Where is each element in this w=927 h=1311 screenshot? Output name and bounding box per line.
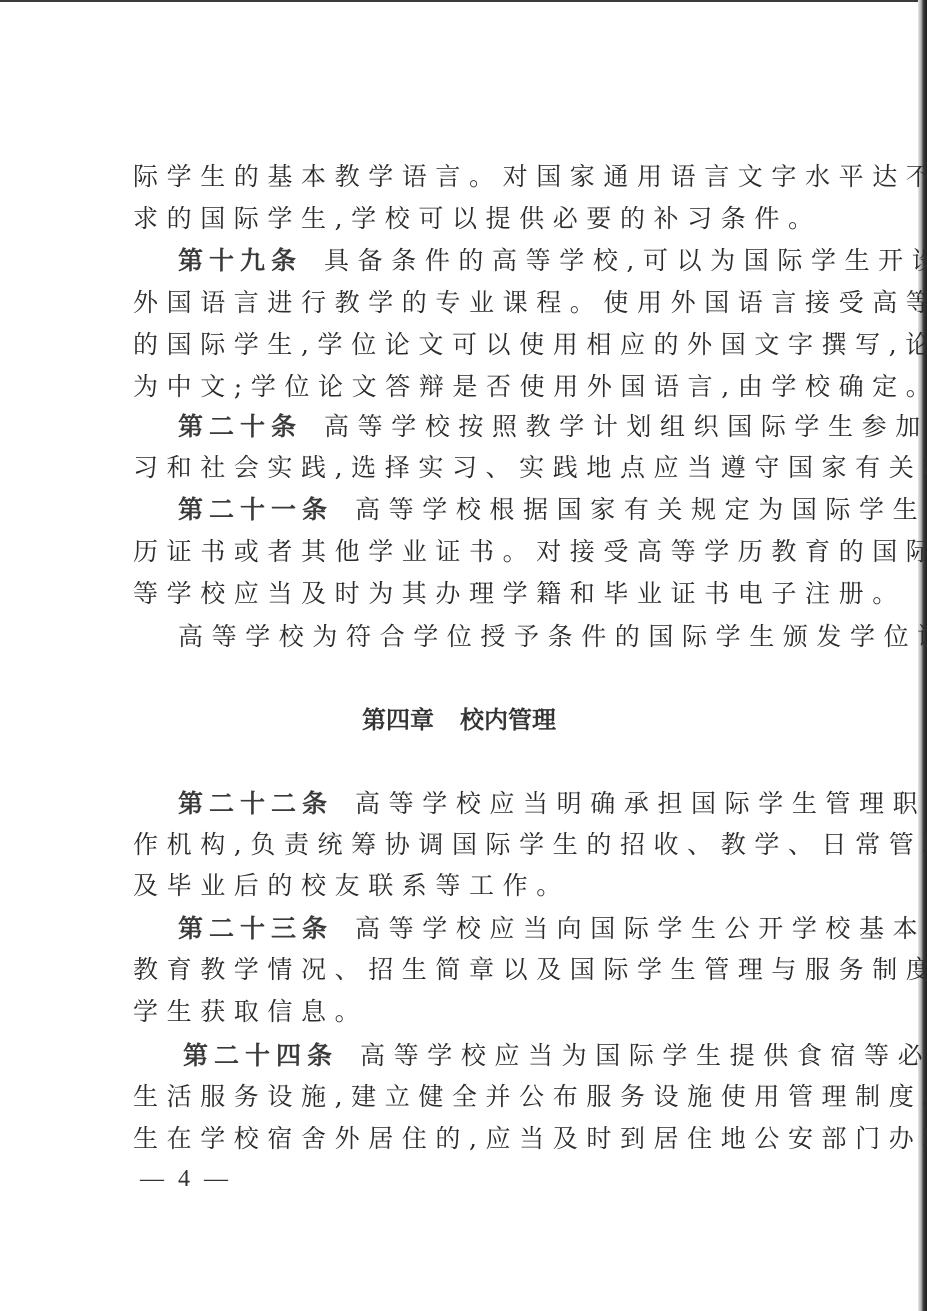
text-line: 高等学校为符合学位授予条件的国际学生颁发学位证书。 [178,620,823,654]
article-text: 高等学校根据国家有关规定为国际学生颁发学 [355,495,927,524]
text-line: 的国际学生,学位论文可以使用相应的外国文字撰写,论文摘要应 [133,328,823,362]
article-text: 高等学校应当为国际学生提供食宿等必要的 [360,1041,927,1070]
article-23: 第二十三条高等学校应当向国际学生公开学校基本情况、 [178,912,823,946]
chapter-title: 校内管理 [460,706,556,734]
article-number: 第二十条 [178,412,302,441]
article-22: 第二十二条高等学校应当明确承担国际学生管理职能的工 [178,787,823,821]
text-line: 教育教学情况、招生简章以及国际学生管理与服务制度,方便国际 [133,953,823,987]
text-line: 际学生的基本教学语言。对国家通用语言文字水平达不到学习要 [133,160,823,194]
article-number: 第二十一条 [178,495,333,524]
article-text: 高等学校应当明确承担国际学生管理职能的工 [355,789,927,818]
text-line: 学生获取信息。 [133,995,823,1029]
chapter-heading: 第四章校内管理 [0,703,918,737]
text-line: 为中文;学位论文答辩是否使用外国语言,由学校确定。 [133,370,823,404]
scan-right-edge [918,0,927,1311]
article-text: 高等学校应当向国际学生公开学校基本情况、 [355,914,927,943]
article-number: 第二十二条 [178,789,333,818]
article-24: 第二十四条高等学校应当为国际学生提供食宿等必要的 [183,1039,828,1073]
text-line: 及毕业后的校友联系等工作。 [133,869,823,903]
article-text: 具备条件的高等学校,可以为国际学生开设使用 [324,246,927,275]
article-number: 第二十三条 [178,914,333,943]
text-line: 等学校应当及时为其办理学籍和毕业证书电子注册。 [133,577,823,611]
text-line: 作机构,负责统筹协调国际学生的招收、教学、日常管理和服务以 [133,828,823,862]
chapter-number: 第四章 [362,706,434,734]
text-line: 生活服务设施,建立健全并公布服务设施使用管理制度。国际学 [133,1080,823,1114]
article-number: 第十九条 [178,246,302,275]
text-line: 求的国际学生,学校可以提供必要的补习条件。 [133,202,823,236]
document-page: 际学生的基本教学语言。对国家通用语言文字水平达不到学习要 求的国际学生,学校可以… [0,0,918,1311]
article-number: 第二十四条 [183,1041,338,1070]
page-number: — 4 — [140,1164,232,1194]
text-line: 习和社会实践,选择实习、实践地点应当遵守国家有关规定。 [133,451,823,485]
text-line: 历证书或者其他学业证书。对接受高等学历教育的国际学生,高 [133,535,823,569]
article-text: 高等学校按照教学计划组织国际学生参加教学实 [324,412,927,441]
article-20: 第二十条高等学校按照教学计划组织国际学生参加教学实 [178,410,823,444]
text-line: 外国语言进行教学的专业课程。使用外国语言接受高等学历教育 [133,286,823,320]
article-21: 第二十一条高等学校根据国家有关规定为国际学生颁发学 [178,493,823,527]
article-19: 第十九条具备条件的高等学校,可以为国际学生开设使用 [178,244,823,278]
text-line: 生在学校宿舍外居住的,应当及时到居住地公安部门办理登记手 [133,1122,823,1156]
